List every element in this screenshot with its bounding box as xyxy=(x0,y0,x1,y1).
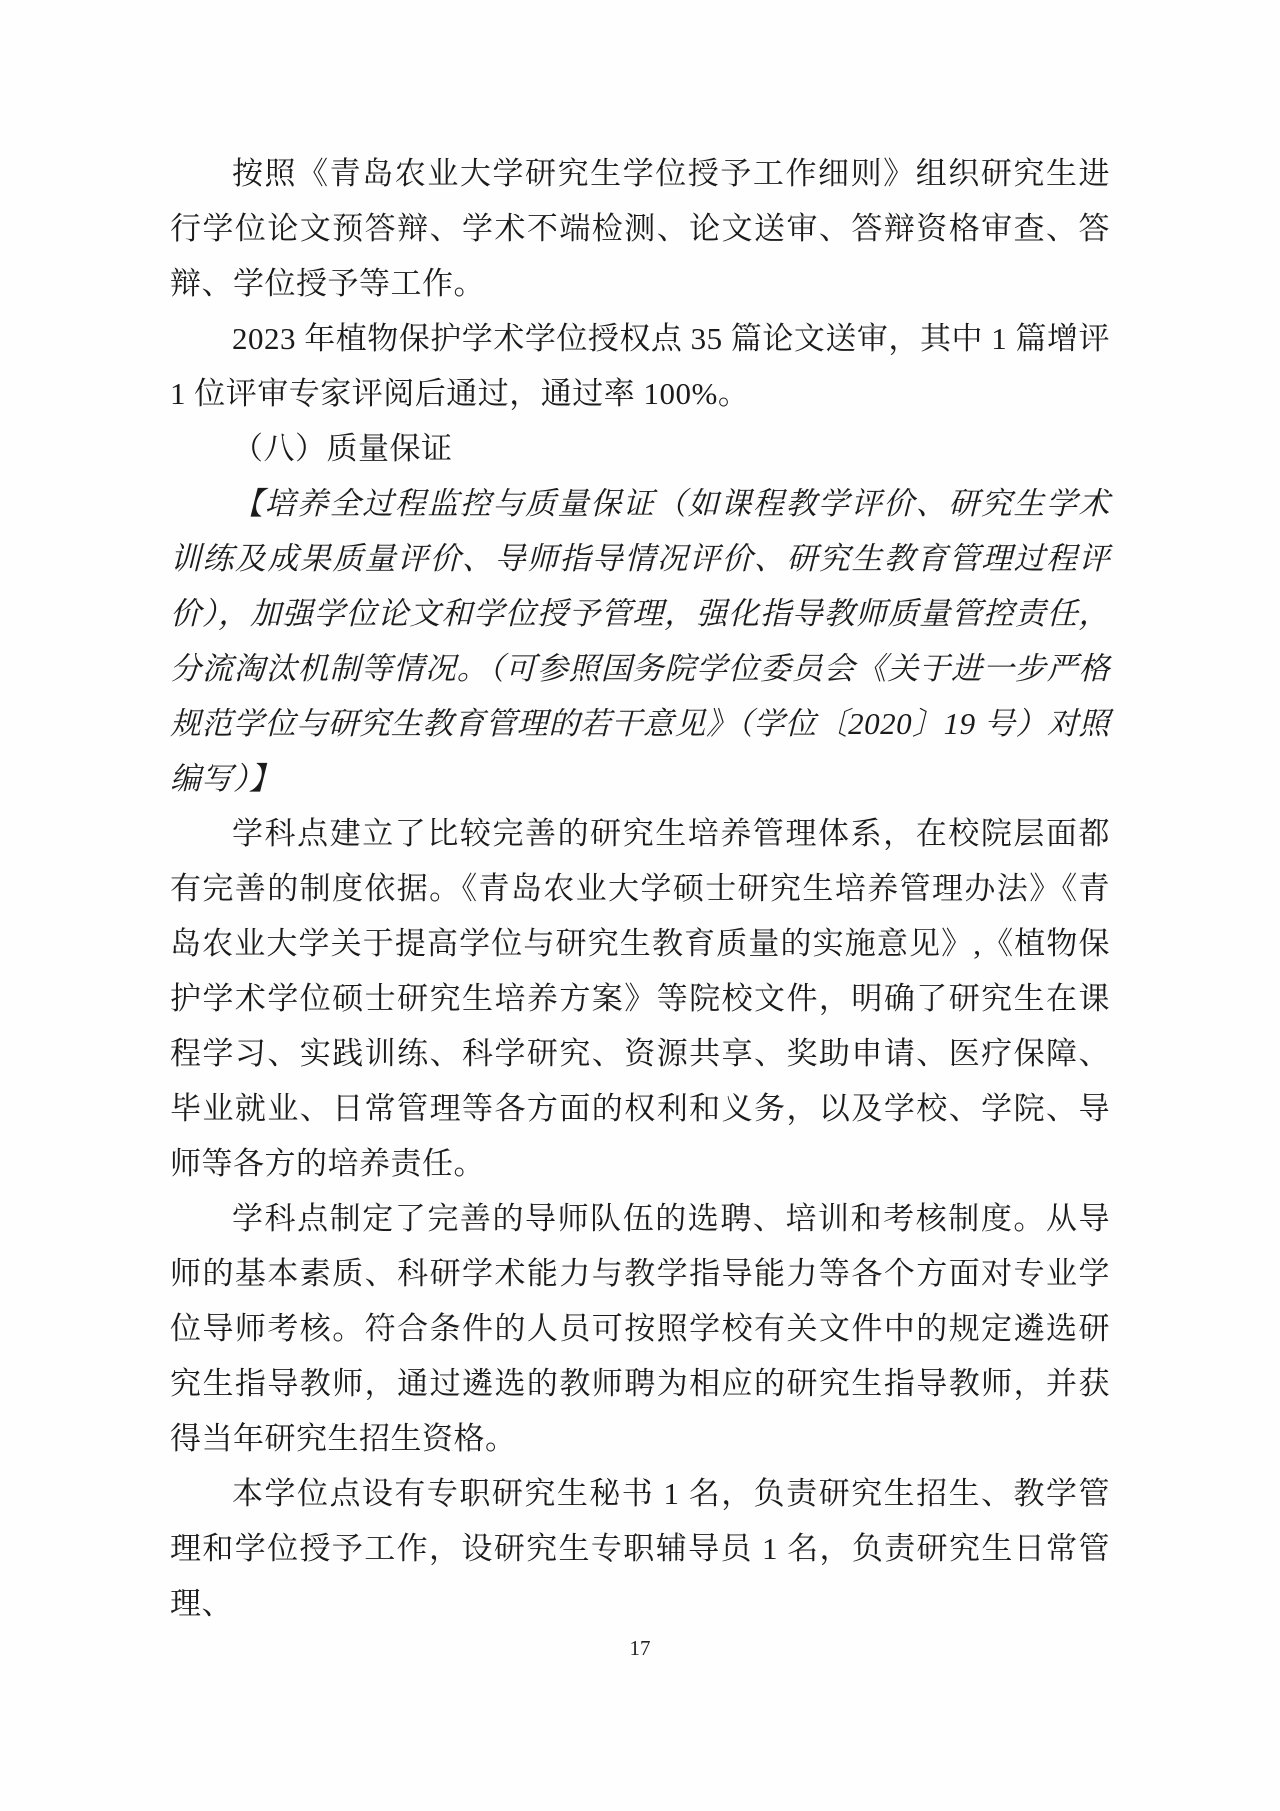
page-content: 按照《青岛农业大学研究生学位授予工作细则》组织研究生进行学位论文预答辩、学术不端… xyxy=(170,146,1110,1631)
paragraph-template-instruction-note: 【培养全过程监控与质量保证（如课程教学评价、研究生学术训练及成果质量评价、导师指… xyxy=(170,476,1110,806)
section-heading-quality-assurance: （八）质量保证 xyxy=(170,421,1110,476)
paragraph-degree-award-procedure: 按照《青岛农业大学研究生学位授予工作细则》组织研究生进行学位论文预答辩、学术不端… xyxy=(170,146,1110,311)
paragraph-training-management-system: 学科点建立了比较完善的研究生培养管理体系，在校院层面都有完善的制度依据。《青岛农… xyxy=(170,806,1110,1191)
paragraph-2023-thesis-review-stats: 2023 年植物保护学术学位授权点 35 篇论文送审，其中 1 篇增评 1 位评… xyxy=(170,311,1110,421)
paragraph-supervisor-selection-assessment: 学科点制定了完善的导师队伍的选聘、培训和考核制度。从导师的基本素质、科研学术能力… xyxy=(170,1191,1110,1466)
page-number: 17 xyxy=(0,1636,1280,1661)
document-page: 按照《青岛农业大学研究生学位授予工作细则》组织研究生进行学位论文预答辩、学术不端… xyxy=(0,0,1280,1811)
paragraph-secretary-and-counselor: 本学位点设有专职研究生秘书 1 名，负责研究生招生、教学管理和学位授予工作，设研… xyxy=(170,1466,1110,1631)
